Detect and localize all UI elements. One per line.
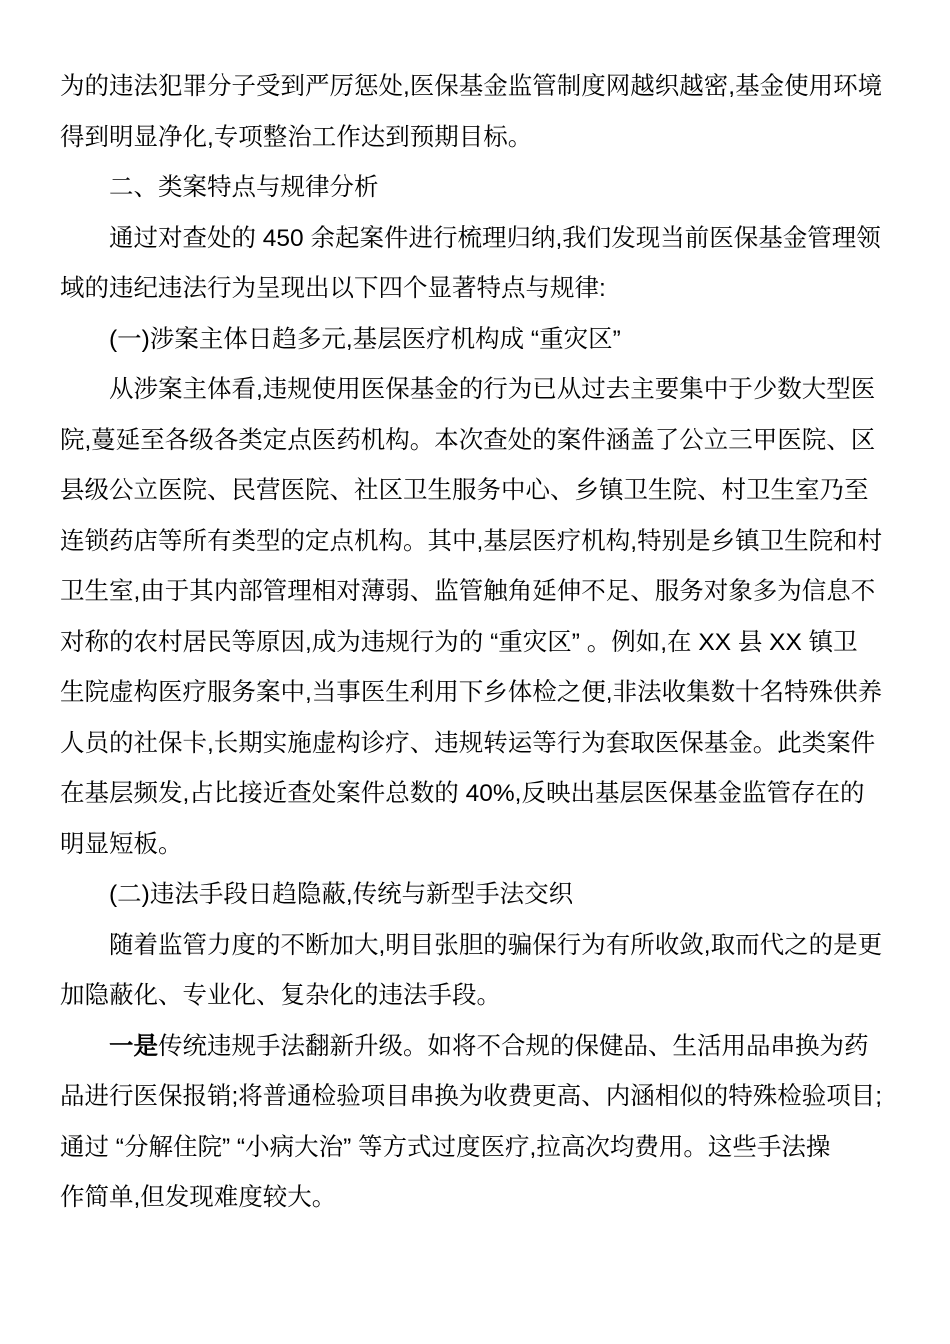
body-line: 在基层频发,占比接近查处案件总数的 40%,反映出基层医保基金监管存在的: [60, 769, 892, 820]
line-text: 从涉案主体看,违规使用医保基金的行为已从过去主要集中于少数大型医: [109, 376, 875, 403]
line-text: (二)违法手段日趋隐蔽,传统与新型手法交织: [109, 881, 573, 908]
body-line: 卫生室,由于其内部管理相对薄弱、监管触角延伸不足、服务对象多为信息不: [60, 567, 892, 618]
line-text: 随着监管力度的不断加大,明目张胆的骗保行为有所收敛,取而代之的是更: [109, 932, 882, 959]
body-line: 生院虚构医疗服务案中,当事医生利用下乡体检之便,非法收集数十名特殊供养: [60, 668, 892, 719]
body-line: 作简单,但发现难度较大。: [60, 1173, 892, 1224]
line-text: 为的违法犯罪分子受到严厉惩处,医保基金监管制度网越织越密,基金使用环境: [60, 73, 882, 100]
body-line: 为的违法犯罪分子受到严厉惩处,医保基金监管制度网越织越密,基金使用环境: [60, 62, 892, 113]
line-text: 域的违纪违法行为呈现出以下四个显著特点与规律:: [60, 275, 606, 302]
line-text: 加隐蔽化、专业化、复杂化的违法手段。: [60, 982, 501, 1009]
line-text: 连锁药店等所有类型的定点机构。其中,基层医疗机构,特别是乡镇卫生院和村: [60, 528, 882, 555]
body-line: 随着监管力度的不断加大,明目张胆的骗保行为有所收敛,取而代之的是更: [60, 921, 892, 972]
body-line: 加隐蔽化、专业化、复杂化的违法手段。: [60, 971, 892, 1022]
line-text: 对称的农村居民等原因,成为违规行为的 “重灾区” 。例如,在 XX 县 XX 镇…: [60, 629, 858, 656]
document-page: 为的违法犯罪分子受到严厉惩处,医保基金监管制度网越织越密,基金使用环境得到明显净…: [0, 0, 950, 1344]
line-text: 卫生室,由于其内部管理相对薄弱、监管触角延伸不足、服务对象多为信息不: [60, 578, 875, 605]
body-line: 人员的社保卡,长期实施虚构诊疗、违规转运等行为套取医保基金。此类案件: [60, 719, 892, 770]
line-text: 品进行医保报销;将普通检验项目串换为收费更高、内涵相似的特殊检验项目;: [60, 1083, 882, 1110]
body-line: 对称的农村居民等原因,成为违规行为的 “重灾区” 。例如,在 XX 县 XX 镇…: [60, 618, 892, 669]
line-text: 通过 “分解住院” “小病大治” 等方式过度医疗,拉高次均费用。这些手法操: [60, 1134, 830, 1161]
line-text: 得到明显净化,专项整治工作达到预期目标。: [60, 124, 532, 151]
line-text: 在基层频发,占比接近查处案件总数的 40%,反映出基层医保基金监管存在的: [60, 780, 864, 807]
body-line: 院,蔓延至各级各类定点医药机构。本次查处的案件涵盖了公立三甲医院、区: [60, 416, 892, 467]
body-line: 连锁药店等所有类型的定点机构。其中,基层医疗机构,特别是乡镇卫生院和村: [60, 517, 892, 568]
bold-lead-text: 一是: [109, 1033, 158, 1060]
line-text: 传统违规手法翻新升级。如将不合规的保健品、生活用品串换为药: [158, 1033, 869, 1060]
body-line: 明显短板。: [60, 820, 892, 871]
line-text: 生院虚构医疗服务案中,当事医生利用下乡体检之便,非法收集数十名特殊供养: [60, 679, 882, 706]
subsection-heading: (二)违法手段日趋隐蔽,传统与新型手法交织: [60, 870, 892, 921]
document-content: 为的违法犯罪分子受到严厉惩处,医保基金监管制度网越织越密,基金使用环境得到明显净…: [60, 62, 892, 1224]
body-line: 通过 “分解住院” “小病大治” 等方式过度医疗,拉高次均费用。这些手法操: [60, 1123, 892, 1174]
body-line: 从涉案主体看,违规使用医保基金的行为已从过去主要集中于少数大型医: [60, 365, 892, 416]
body-line: 品进行医保报销;将普通检验项目串换为收费更高、内涵相似的特殊检验项目;: [60, 1072, 892, 1123]
body-line: 通过对查处的 450 余起案件进行梳理归纳,我们发现当前医保基金管理领: [60, 214, 892, 265]
line-text: 人员的社保卡,长期实施虚构诊疗、违规转运等行为套取医保基金。此类案件: [60, 730, 875, 757]
subsection-heading: (一)涉案主体日趋多元,基层医疗机构成 “重灾区”: [60, 315, 892, 366]
line-text: 通过对查处的 450 余起案件进行梳理归纳,我们发现当前医保基金管理领: [109, 225, 881, 252]
body-line: 域的违纪违法行为呈现出以下四个显著特点与规律:: [60, 264, 892, 315]
body-line: 一是传统违规手法翻新升级。如将不合规的保健品、生活用品串换为药: [60, 1022, 892, 1073]
line-text: (一)涉案主体日趋多元,基层医疗机构成 “重灾区”: [109, 326, 621, 353]
body-line: 县级公立医院、民营医院、社区卫生服务中心、乡镇卫生院、村卫生室乃至: [60, 466, 892, 517]
section-heading: 二、类案特点与规律分析: [60, 163, 892, 214]
line-text: 明显短板。: [60, 831, 183, 858]
line-text: 县级公立医院、民营医院、社区卫生服务中心、乡镇卫生院、村卫生室乃至: [60, 477, 869, 504]
body-line: 得到明显净化,专项整治工作达到预期目标。: [60, 113, 892, 164]
line-text: 院,蔓延至各级各类定点医药机构。本次查处的案件涵盖了公立三甲医院、区: [60, 427, 875, 454]
line-text: 二、类案特点与规律分析: [109, 174, 379, 201]
line-text: 作简单,但发现难度较大。: [60, 1184, 336, 1211]
